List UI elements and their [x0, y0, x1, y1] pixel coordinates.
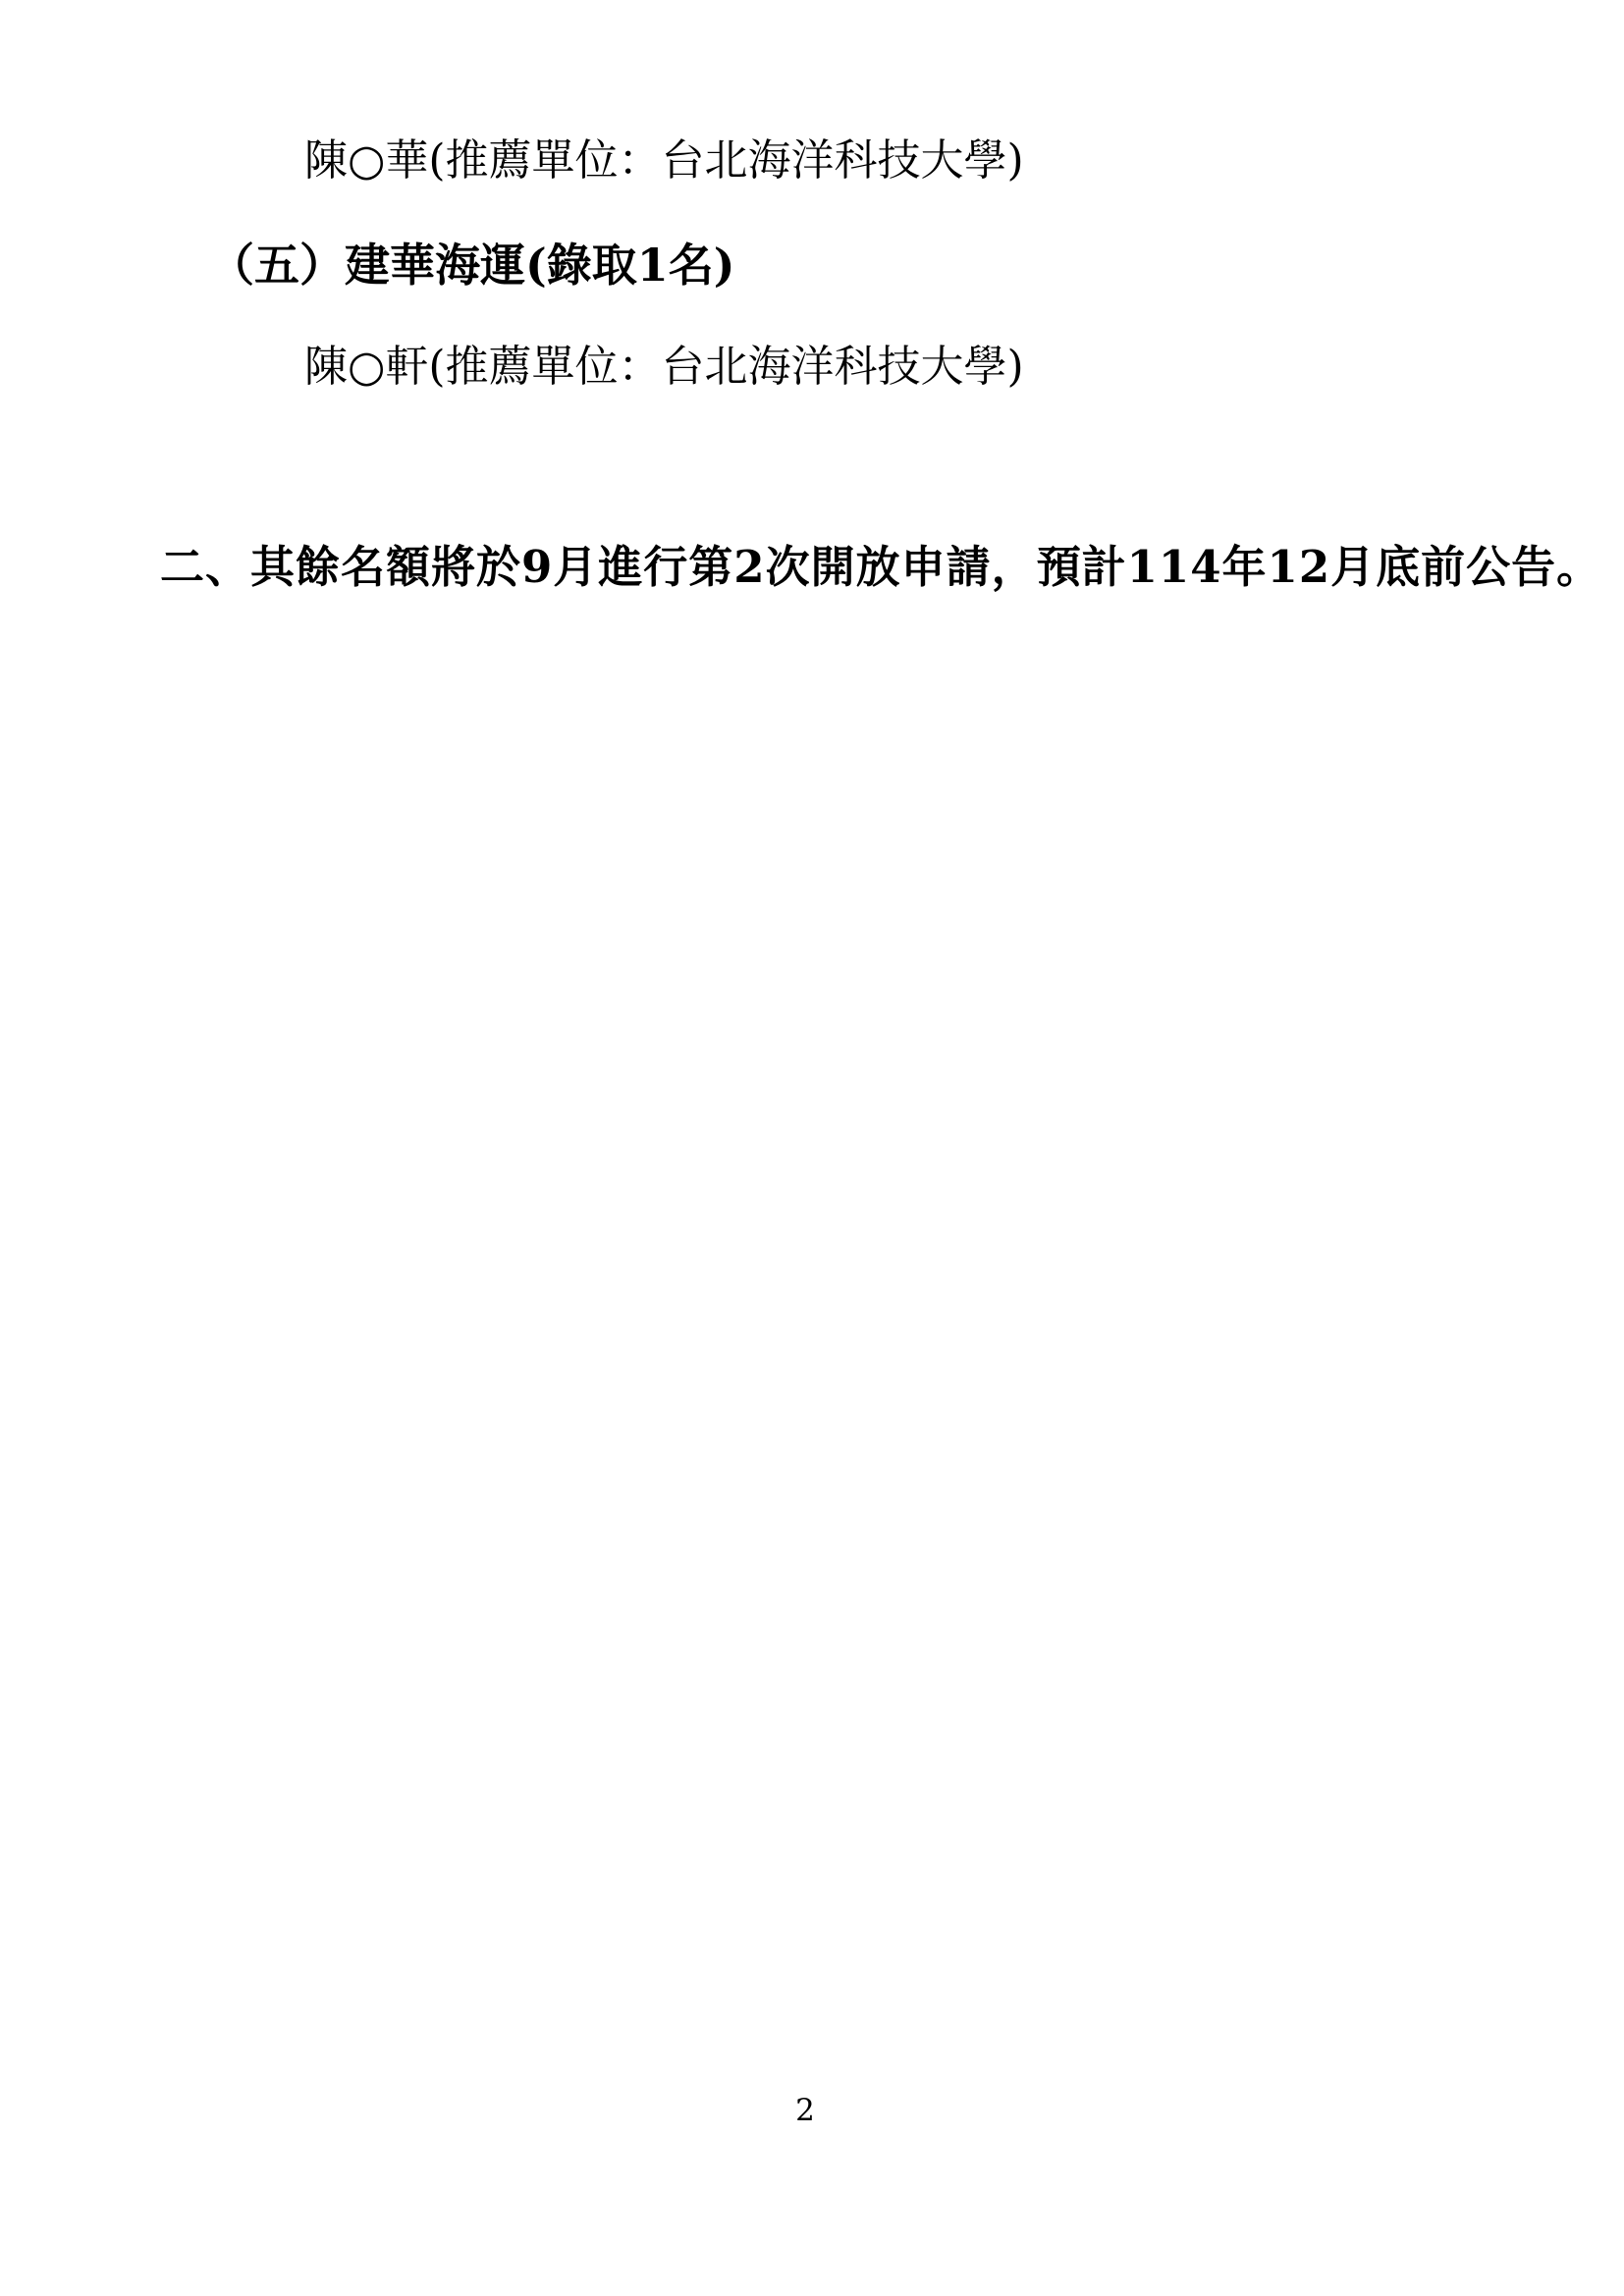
page-number: 2	[0, 2093, 1610, 2128]
remaining-quota-note: 二、其餘名額將於9月進行第2次開放申請，預計114年12月底前公告。	[160, 543, 1601, 592]
admitted-name-2: 陳○軒(推薦單位：台北海洋科技大學)	[304, 344, 1024, 391]
admitted-name-1: 陳○華(推薦單位：台北海洋科技大學)	[304, 137, 1024, 185]
section-5-heading: （五）建華海運(錄取1名)	[209, 240, 735, 291]
document-page: 陳○華(推薦單位：台北海洋科技大學) （五）建華海運(錄取1名) 陳○軒(推薦單…	[0, 0, 1624, 2296]
